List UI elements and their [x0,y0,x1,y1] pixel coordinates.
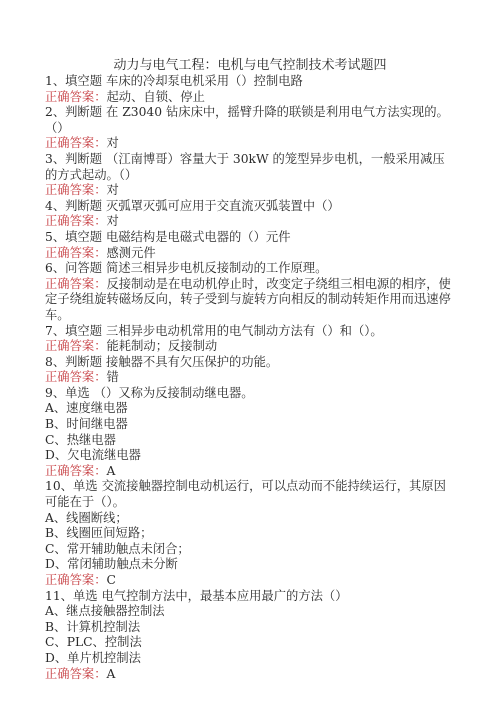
answer-label: 正确答案： [45,573,107,587]
answer-label: 正确答案： [45,277,107,291]
question-text: 接触器不具有欠压保护的功能。 [106,355,278,369]
answer-value: 错 [107,370,119,384]
question-text: 车床的冷却泵电机采用（）控制电路 [106,74,303,88]
question-stem: 4、判断题灭弧罩灭弧可应用于交直流灭弧装置中（） [45,199,455,215]
question-text: 交流接触器控制电动机运行，可以点动而不能持续运行，其原因可能在于（）。 [45,479,446,509]
question-item: 4、判断题灭弧罩灭弧可应用于交直流灭弧装置中（）正确答案：对 [45,199,455,230]
question-item: 1、填空题车床的冷却泵电机采用（）控制电路正确答案：起动、自锁、停止 [45,74,455,105]
question-option: C、热继电器 [45,433,455,449]
question-type: 单选 [73,479,98,493]
question-type: 判断题 [65,152,102,166]
question-stem: 2、判断题在 Z3040 钻床床中，摇臂升降的联锁是利用电气方法实现的。（） [45,105,455,136]
correct-answer: 正确答案：感测元件 [45,246,455,262]
question-item: 9、单选（）又称为反接制动继电器。A、速度继电器B、时间继电器C、热继电器D、欠… [45,386,455,480]
question-type: 填空题 [65,74,102,88]
question-text: 三相异步电动机常用的电气制动方法有（）和（）。 [106,324,383,338]
question-type: 填空题 [65,324,102,338]
answer-value: 能耗制动；反接制动 [107,339,218,353]
question-option: B、时间继电器 [45,417,455,433]
question-stem: 7、填空题三相异步电动机常用的电气制动方法有（）和（）。 [45,324,455,340]
answer-label: 正确答案： [45,370,107,384]
question-number: 8、 [45,355,65,369]
question-type: 判断题 [65,355,102,369]
question-option: A、继点接触器控制法 [45,604,455,620]
answer-value: 反接制动是在电动机停止时，改变定子绕组三相电源的相序，使定子绕组旋转磁场反向，转… [45,277,451,322]
question-stem: 1、填空题车床的冷却泵电机采用（）控制电路 [45,74,455,90]
question-stem: 3、判断题（江南博哥）容量大于 30kW 的笼型异步电机，一般采用减压的方式起动… [45,152,455,183]
question-stem: 11、单选电气控制方法中，最基本应用最广的方法（） [45,589,455,605]
answer-value: 对 [107,136,119,150]
correct-answer: 正确答案：反接制动是在电动机停止时，改变定子绕组三相电源的相序，使定子绕组旋转磁… [45,277,455,324]
question-option: C、常开辅助触点未闭合； [45,542,455,558]
correct-answer: 正确答案：起动、自锁、停止 [45,90,455,106]
question-number: 2、 [45,105,65,119]
correct-answer: 正确答案：C [45,573,455,589]
question-item: 7、填空题三相异步电动机常用的电气制动方法有（）和（）。正确答案：能耗制动；反接… [45,324,455,355]
correct-answer: 正确答案：对 [45,136,455,152]
question-item: 10、单选交流接触器控制电动机运行，可以点动而不能持续运行，其原因可能在于（）。… [45,479,455,588]
answer-label: 正确答案： [45,339,107,353]
question-item: 3、判断题（江南博哥）容量大于 30kW 的笼型异步电机，一般采用减压的方式起动… [45,152,455,199]
answer-value: A [107,667,116,681]
question-option: D、单片机控制法 [45,651,455,667]
question-option: C、PLC、控制法 [45,635,455,651]
question-text: 电磁结构是电磁式电器的（）元件 [106,230,290,244]
question-option: D、欠电流继电器 [45,448,455,464]
question-item: 6、问答题简述三相异步电机反接制动的工作原理。正确答案：反接制动是在电动机停止时… [45,261,455,323]
correct-answer: 正确答案：错 [45,370,455,386]
correct-answer: 正确答案：对 [45,183,455,199]
correct-answer: 正确答案：能耗制动；反接制动 [45,339,455,355]
document-title: 动力与电气工程：电机与电气控制技术考试题四 [45,58,455,74]
answer-value: 对 [107,183,119,197]
answer-value: 感测元件 [107,246,156,260]
question-type: 单选 [73,589,98,603]
answer-value: A [107,464,116,478]
question-item: 5、填空题电磁结构是电磁式电器的（）元件正确答案：感测元件 [45,230,455,261]
question-text: 电气控制方法中，最基本应用最广的方法（） [102,589,348,603]
question-stem: 9、单选（）又称为反接制动继电器。 [45,386,455,402]
question-number: 10、 [45,479,73,493]
question-option: A、速度继电器 [45,401,455,417]
correct-answer: 正确答案：对 [45,214,455,230]
question-option: A、线圈断线； [45,511,455,527]
question-list: 1、填空题车床的冷却泵电机采用（）控制电路正确答案：起动、自锁、停止2、判断题在… [45,74,455,682]
answer-label: 正确答案： [45,136,107,150]
correct-answer: 正确答案：A [45,464,455,480]
question-type: 单选 [65,386,90,400]
question-type: 判断题 [65,199,102,213]
question-stem: 8、判断题接触器不具有欠压保护的功能。 [45,355,455,371]
question-number: 7、 [45,324,65,338]
question-item: 11、单选电气控制方法中，最基本应用最广的方法（）A、继点接触器控制法B、计算机… [45,589,455,683]
question-number: 3、 [45,152,65,166]
question-number: 6、 [45,261,65,275]
question-number: 4、 [45,199,65,213]
question-stem: 6、问答题简述三相异步电机反接制动的工作原理。 [45,261,455,277]
correct-answer: 正确答案：A [45,667,455,683]
question-option: D、常闭辅助触点未分断 [45,557,455,573]
answer-label: 正确答案： [45,183,107,197]
question-text: 简述三相异步电机反接制动的工作原理。 [106,261,327,275]
question-type: 填空题 [65,230,102,244]
question-item: 8、判断题接触器不具有欠压保护的功能。正确答案：错 [45,355,455,386]
question-stem: 10、单选交流接触器控制电动机运行，可以点动而不能持续运行，其原因可能在于（）。 [45,479,455,510]
question-type: 判断题 [65,105,102,119]
question-number: 9、 [45,386,65,400]
question-text: （江南博哥）容量大于 30kW 的笼型异步电机，一般采用减压的方式起动。（） [45,152,445,182]
answer-value: 对 [107,214,119,228]
question-text: 在 Z3040 钻床床中，摇臂升降的联锁是利用电气方法实现的。（） [45,105,449,135]
question-text: （）又称为反接制动继电器。 [94,386,254,400]
question-text: 灭弧罩灭弧可应用于交直流灭弧装置中（） [106,199,340,213]
question-number: 11、 [45,589,73,603]
exam-page: 动力与电气工程：电机与电气控制技术考试题四 1、填空题车床的冷却泵电机采用（）控… [45,58,455,682]
question-option: B、计算机控制法 [45,620,455,636]
question-type: 问答题 [65,261,102,275]
answer-label: 正确答案： [45,246,107,260]
answer-label: 正确答案： [45,214,107,228]
answer-label: 正确答案： [45,90,107,104]
question-number: 5、 [45,230,65,244]
question-number: 1、 [45,74,65,88]
answer-value: C [107,573,116,587]
question-item: 2、判断题在 Z3040 钻床床中，摇臂升降的联锁是利用电气方法实现的。（）正确… [45,105,455,152]
answer-label: 正确答案： [45,464,107,478]
question-stem: 5、填空题电磁结构是电磁式电器的（）元件 [45,230,455,246]
answer-value: 起动、自锁、停止 [107,90,205,104]
question-option: B、线圈匝间短路； [45,526,455,542]
answer-label: 正确答案： [45,667,107,681]
